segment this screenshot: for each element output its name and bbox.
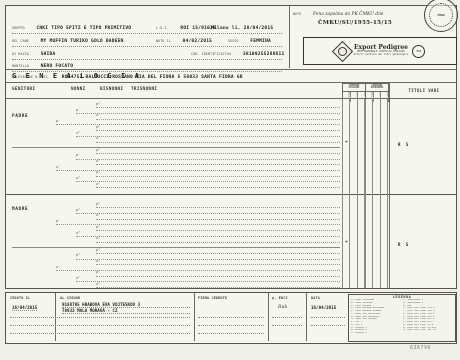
champion-star-mark: * — [345, 241, 348, 246]
legend-box: LEGENDA A. CAMP ITALIANOB. CAMP SOCIALEC… — [348, 294, 456, 342]
export-pedigree-box: Export Pedigree ENTE NAZIONALE CINOFILIA… — [303, 37, 457, 65]
titoli-vari-mark: R S — [398, 142, 410, 147]
cmku-registration-number: ČMKU/SU/1955-15/15 — [318, 20, 392, 26]
generation-prefix: u' — [56, 265, 60, 269]
empty-row-line — [10, 333, 190, 334]
champion-group-label: CAMPIONI ITALIANI — [343, 84, 365, 92]
champion-column-rule — [380, 99, 381, 288]
generation-prefix: u' — [56, 165, 60, 169]
fci-logo-icon: FCI — [412, 45, 425, 58]
madre-label: MADRE — [12, 207, 28, 212]
generation-prefix: p° — [96, 270, 100, 274]
data-value: 16/04/2015 — [311, 305, 336, 310]
legend-item: O. RISERV 3 — [351, 332, 401, 335]
champion-column-rule — [349, 99, 350, 288]
generation-prefix: u° — [96, 159, 100, 163]
ceduto-il-header: CEDUTO IL — [10, 296, 30, 300]
legend-right-column: P. SELEZIONE 1Q. SELEZIONE 2R. RIPS. DIC… — [403, 299, 453, 335]
generation-prefix: u° — [96, 236, 100, 240]
empty-row-line — [272, 325, 302, 326]
generation-prefix: u° — [96, 213, 100, 217]
champion-column-rule — [372, 99, 373, 288]
document-body: GRUPPO CNKI TIPO SPITZ E TIPO PRIMITIVO … — [5, 5, 457, 289]
generation-prefix: u° — [96, 113, 100, 117]
generation-prefix: u° — [76, 231, 80, 235]
champion-column-rule — [365, 99, 366, 288]
al-signor-header: AL SIGNOR — [60, 296, 80, 300]
generation-prefix: u° — [96, 136, 100, 140]
generation-prefix: u° — [96, 182, 100, 186]
empty-row-line — [198, 317, 264, 318]
champion-column-rule — [357, 99, 358, 288]
generation-prefix: u° — [76, 176, 80, 180]
generation-prefix: p' — [56, 119, 60, 123]
generation-prefix: p° — [76, 253, 80, 257]
generation-prefix: p' — [76, 153, 80, 157]
generation-prefix: p° — [76, 208, 80, 212]
generation-prefix: p' — [56, 219, 60, 223]
legend-item: X. DICH AVV CONF INT CH — [403, 329, 453, 332]
generation-prefix: p° — [96, 125, 100, 129]
generation-prefix: p° — [96, 170, 100, 174]
cession-divider-4 — [306, 293, 307, 341]
pedigree-document-page: GRUPPO CNKI TIPO SPITZ E TIPO PRIMITIVO … — [0, 0, 460, 360]
data-header: DATA — [311, 296, 320, 300]
champion-column-rule — [342, 99, 343, 288]
generation-prefix: p° — [96, 225, 100, 229]
generation-prefix: p° — [96, 202, 100, 206]
champion-group-header-2: CAMPIONI STRANIERIBELL.LAV.ASS. — [365, 83, 389, 102]
champion-group-header-1: CAMPIONI ITALIANIBELL.LAV.ASS. — [342, 83, 366, 102]
empty-row-line — [311, 325, 345, 326]
generation-prefix: p° — [96, 102, 100, 106]
form-serial-number: 636796 — [410, 345, 431, 351]
champion-group-label: CAMPIONI STRANIERI — [366, 84, 388, 92]
empty-row-line — [198, 325, 264, 326]
empty-row-line — [10, 325, 190, 326]
empty-row-line — [10, 317, 190, 318]
generation-prefix: p' — [76, 108, 80, 112]
ancestor-row: u°NR04237913 IRUZU ONE IN A MILLION CH — [96, 282, 340, 288]
cession-box: CEDUTO IL 16/04/2015 AL SIGNOR 9188785 H… — [5, 292, 457, 344]
legend-left-column: A. CAMP ITALIANOB. CAMP SOCIALEC. CAMP L… — [351, 299, 401, 335]
cession-divider-2 — [194, 293, 195, 341]
ancestor-row: u°NIPPO 18-23680 SENIGIKU GO SAITAMA SAT… — [96, 182, 340, 188]
padre-label: PADRE — [12, 114, 28, 119]
round-stamp: ČMKU — [424, 0, 458, 32]
enci-rosette-icon — [332, 40, 353, 61]
round-stamp-text: ČMKU — [429, 3, 453, 27]
generation-prefix: u° — [96, 282, 100, 286]
generation-prefix: u° — [76, 276, 80, 280]
col-bisnonni: BISNONNI — [100, 86, 123, 91]
generation-prefix: p° — [96, 148, 100, 152]
rule-above-genealogia — [6, 69, 456, 70]
titoli-vari-header: TITOLI VARI — [394, 88, 454, 93]
generation-prefix: u° — [76, 131, 80, 135]
col-nonni: NONNI — [71, 86, 86, 91]
ceduto-il-date: 16/04/2015 — [12, 305, 37, 311]
col-genitori: GENITORI — [12, 86, 35, 91]
champion-star-mark: * — [345, 141, 348, 146]
cession-divider-3 — [268, 293, 269, 341]
al-signor-line2: 78932 MALA MORAVA - CZ — [62, 308, 190, 314]
generation-prefix: p° — [96, 248, 100, 252]
titoli-vari-left-rule — [389, 83, 390, 288]
genealogia-title: G E N E A L O G I A — [12, 72, 141, 80]
empty-row-line — [198, 333, 264, 334]
firma-cedente-header: FIRMA CEDENTE — [198, 296, 227, 300]
empty-row-line — [272, 317, 302, 318]
p-enci-signature: Rub — [278, 305, 287, 310]
note-label: NOTE — [293, 12, 301, 16]
generation-prefix: u° — [96, 259, 100, 263]
header-divider — [289, 6, 290, 68]
empty-row-line — [311, 317, 345, 318]
col-trisnonni: TRISNONNI — [131, 86, 157, 91]
note-handwriting: Fena zapsána do PK ČMKU dne — [313, 12, 418, 17]
champion-column-rule — [387, 99, 388, 288]
p-enci-header: p. ENCI — [272, 296, 288, 300]
export-pedigree-sub2: Ufficio Centrale del Libro genealogico — [354, 54, 409, 57]
titoli-vari-mark: R S — [398, 242, 410, 247]
